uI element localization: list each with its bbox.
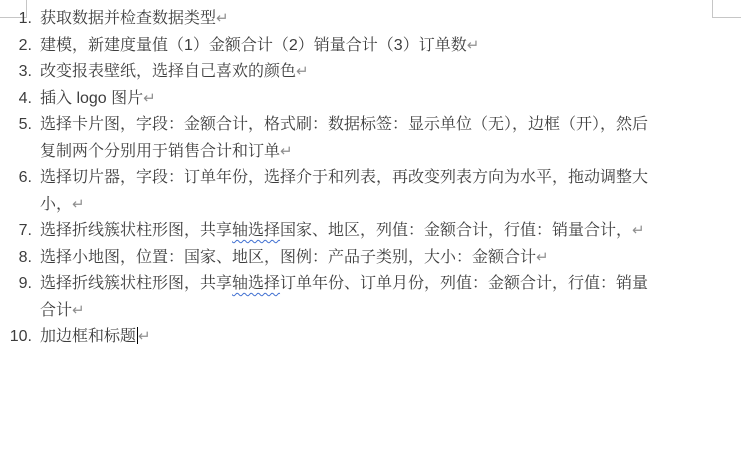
list-item-text[interactable]: 合计 — [40, 302, 72, 319]
list-item-number: 2. — [0, 33, 32, 60]
list-item-text[interactable]: 获取数据并检查数据类型 — [40, 10, 216, 27]
list-item-line[interactable]: 合计↵ — [0, 298, 741, 325]
list-item-line[interactable]: 1.获取数据并检查数据类型↵ — [0, 6, 741, 33]
list-item-line[interactable]: 5.选择卡片图，字段：金额合计，格式刷：数据标签：显示单位（无），边框（开），然… — [0, 112, 741, 139]
list-item-text[interactable]: 选择折线簇状柱形图，共享 — [40, 222, 232, 239]
paragraph-mark-icon: ↵ — [143, 90, 156, 107]
list-item-text[interactable]: 复制两个分别用于销售合计和订单 — [40, 143, 280, 160]
list-item-line[interactable]: 10.加边框和标题↵ — [0, 324, 741, 351]
paragraph-mark-icon: ↵ — [72, 302, 85, 319]
list-item-text[interactable]: 插入 logo 图片 — [40, 90, 143, 107]
list-item-text[interactable]: 订单年份、订单月份，列值：金额合计，行值：销量 — [280, 275, 648, 292]
grammar-flagged-text[interactable]: 轴选择 — [232, 222, 280, 239]
list-item-number: 7. — [0, 218, 32, 245]
list-item-text[interactable]: 选择折线簇状柱形图，共享 — [40, 275, 232, 292]
list-item-line[interactable]: 8.选择小地图，位置：国家、地区，图例：产品子类别，大小：金额合计↵ — [0, 245, 741, 272]
list-item-line[interactable]: 7.选择折线簇状柱形图，共享轴选择国家、地区，列值：金额合计，行值：销量合计，↵ — [0, 218, 741, 245]
list-item-line[interactable]: 3.改变报表壁纸，选择自己喜欢的颜色↵ — [0, 59, 741, 86]
list-item-text[interactable]: 小， — [40, 196, 72, 213]
list-item-text[interactable]: 建模，新建度量值（1）金额合计（2）销量合计（3）订单数 — [40, 37, 467, 54]
paragraph-mark-icon: ↵ — [138, 328, 151, 345]
list-item-text[interactable]: 选择卡片图，字段：金额合计，格式刷：数据标签：显示单位（无），边框（开），然后 — [40, 116, 648, 133]
list-item-text[interactable]: 选择小地图，位置：国家、地区，图例：产品子类别，大小：金额合计 — [40, 249, 536, 266]
list-item-number: 9. — [0, 271, 32, 298]
list-item-number: 3. — [0, 59, 32, 86]
list-item-line[interactable]: 复制两个分别用于销售合计和订单↵ — [0, 139, 741, 166]
paragraph-mark-icon: ↵ — [632, 222, 645, 239]
list-item-line[interactable]: 4.插入 logo 图片↵ — [0, 86, 741, 113]
document-text-area[interactable]: 1.获取数据并检查数据类型↵2.建模，新建度量值（1）金额合计（2）销量合计（3… — [0, 6, 741, 351]
list-item-number: 10. — [0, 324, 32, 351]
list-item-number: 5. — [0, 112, 32, 139]
list-item-line[interactable]: 6.选择切片器，字段：订单年份，选择介于和列表，再改变列表方向为水平，拖动调整大 — [0, 165, 741, 192]
list-item-line[interactable]: 小，↵ — [0, 192, 741, 219]
list-item-number: 4. — [0, 86, 32, 113]
list-item-number: 1. — [0, 6, 32, 33]
grammar-flagged-text[interactable]: 轴选择 — [232, 275, 280, 292]
paragraph-mark-icon: ↵ — [467, 37, 480, 54]
paragraph-mark-icon: ↵ — [72, 196, 85, 213]
paragraph-mark-icon: ↵ — [216, 10, 229, 27]
list-item-line[interactable]: 2.建模，新建度量值（1）金额合计（2）销量合计（3）订单数↵ — [0, 33, 741, 60]
list-item-text[interactable]: 国家、地区，列值：金额合计，行值：销量合计， — [280, 222, 632, 239]
list-item-text[interactable]: 加边框和标题 — [40, 328, 136, 345]
list-item-text[interactable]: 改变报表壁纸，选择自己喜欢的颜色 — [40, 63, 296, 80]
paragraph-mark-icon: ↵ — [296, 63, 309, 80]
paragraph-mark-icon: ↵ — [536, 249, 549, 266]
list-item-text[interactable]: 选择切片器，字段：订单年份，选择介于和列表，再改变列表方向为水平，拖动调整大 — [40, 169, 648, 186]
paragraph-mark-icon: ↵ — [280, 143, 293, 160]
list-item-line[interactable]: 9.选择折线簇状柱形图，共享轴选择订单年份、订单月份，列值：金额合计，行值：销量 — [0, 271, 741, 298]
list-item-number: 8. — [0, 245, 32, 272]
list-item-number: 6. — [0, 165, 32, 192]
